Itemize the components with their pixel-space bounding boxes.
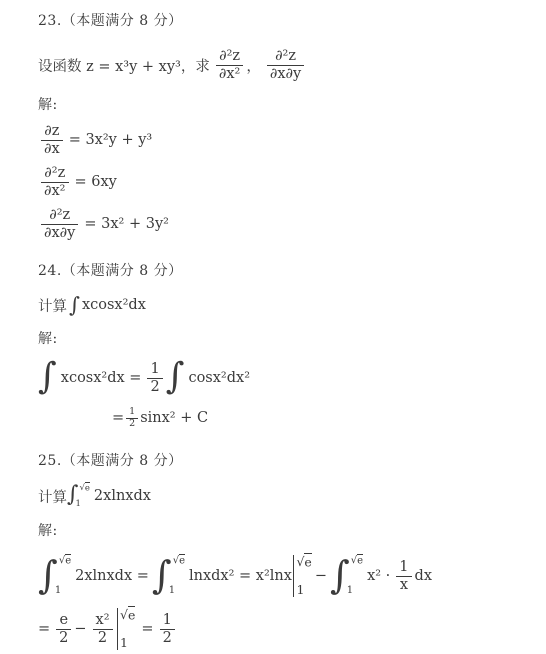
fraction-numerator: 1 bbox=[147, 361, 162, 378]
minus-sign: − bbox=[315, 568, 327, 584]
fraction-numerator: 1 bbox=[160, 612, 175, 629]
fraction-dz-dx: ∂z ∂x bbox=[41, 123, 63, 157]
integral-sign: ∫ bbox=[69, 295, 80, 316]
evaluation-limits: √e 1 bbox=[296, 556, 311, 596]
fraction-one-half: 1 2 bbox=[126, 407, 138, 429]
fraction-d2z-dx2: ∂²z ∂x² bbox=[41, 165, 69, 199]
equation-d2z-dx2: ∂²z ∂x² = 6xy bbox=[38, 161, 546, 203]
fraction-denominator: ∂x² bbox=[216, 65, 244, 83]
problem-25-solution-line-2: = e 2 − x² 2 √e 1 = 1 2 bbox=[38, 605, 546, 653]
fraction-one-half: 1 2 bbox=[147, 361, 162, 395]
fraction-e-over-2: e 2 bbox=[56, 612, 71, 646]
solution-label: 解: bbox=[38, 330, 546, 348]
solution-label: 解: bbox=[38, 522, 546, 540]
integral-limits: √e 1 bbox=[79, 484, 89, 508]
problem-23-statement: 设函数 z = x³y + xy³，求 ∂²z ∂x² ， ∂²z ∂x∂y bbox=[38, 47, 546, 83]
comma: ， bbox=[246, 55, 261, 76]
fraction-d2z-dxdy: ∂²z ∂x∂y bbox=[267, 48, 304, 82]
equals-sign: = bbox=[112, 410, 124, 426]
problem-25-solution-line-1: ∫ √e 1 2xlnxdx = ∫ √e 1 lnxdx² = x²lnx √… bbox=[38, 547, 546, 605]
fraction-denominator: x bbox=[396, 576, 411, 594]
math-token: cosx²dx² bbox=[188, 370, 250, 386]
statement-text: 设函数 z = x³y + xy³，求 bbox=[38, 55, 210, 76]
vertical-bar bbox=[117, 608, 119, 650]
math-token: x² · bbox=[367, 568, 390, 584]
statement-text: 计算 bbox=[38, 295, 67, 316]
statement-text: 计算 bbox=[38, 486, 67, 507]
fraction-numerator: x² bbox=[93, 612, 113, 629]
integral-sign: ∫ bbox=[166, 362, 185, 394]
fraction-denominator: ∂x² bbox=[41, 182, 69, 200]
problem-23-header: 23.（本题满分 8 分） bbox=[38, 12, 546, 30]
fraction-d2z-dxdy: ∂²z ∂x∂y bbox=[41, 207, 78, 241]
document-page: 23.（本题满分 8 分） 设函数 z = x³y + xy³，求 ∂²z ∂x… bbox=[0, 0, 546, 653]
problem-25-header: 25.（本题满分 8 分） bbox=[38, 452, 546, 470]
lower-limit: 1 bbox=[75, 500, 80, 509]
lower-limit: 1 bbox=[169, 586, 175, 596]
math-token: xcosx²dx = bbox=[61, 370, 142, 386]
upper-limit-sqrt-e: √e bbox=[79, 484, 89, 493]
minus-sign: − bbox=[74, 621, 86, 637]
definite-integral-sign: ∫ √e 1 bbox=[330, 556, 363, 596]
integrand: xcosx²dx bbox=[82, 297, 146, 313]
fraction-denominator: 2 bbox=[93, 629, 113, 647]
equation-rhs: = 3x² + 3y² bbox=[84, 216, 169, 232]
lower-limit: 1 bbox=[120, 637, 135, 650]
math-token: dx bbox=[415, 568, 432, 584]
math-token: lnxdx² = x²lnx bbox=[189, 568, 292, 584]
integral-sign: ∫ bbox=[38, 362, 57, 394]
problem-24-solution-line-2: = 1 2 sinx² + C bbox=[112, 401, 546, 435]
upper-limit-sqrt-e: √e bbox=[120, 609, 135, 622]
upper-limit-sqrt-e: √e bbox=[351, 556, 363, 566]
fraction-denominator: ∂x∂y bbox=[41, 224, 78, 242]
fraction-denominator: ∂x∂y bbox=[267, 65, 304, 83]
evaluation-limits: √e 1 bbox=[120, 609, 135, 649]
lower-limit: 1 bbox=[55, 586, 61, 596]
definite-integral-sign: ∫ √e 1 bbox=[152, 556, 185, 596]
equals-sign: = bbox=[38, 621, 50, 637]
solution-label: 解: bbox=[38, 96, 546, 114]
fraction-denominator: ∂x bbox=[41, 140, 63, 158]
upper-limit-sqrt-e: √e bbox=[59, 556, 71, 566]
equals-sign: = bbox=[141, 621, 153, 637]
integral-limits: √e 1 bbox=[173, 556, 185, 596]
definite-integral-sign: ∫ √e 1 bbox=[38, 556, 71, 596]
fraction-numerator: 1 bbox=[126, 407, 138, 417]
fraction-numerator: ∂z bbox=[41, 123, 63, 140]
fraction-numerator: ∂²z bbox=[41, 207, 78, 224]
fraction-denominator: 2 bbox=[147, 378, 162, 396]
math-token: 2xlnxdx = bbox=[75, 568, 149, 584]
upper-limit-sqrt-e: √e bbox=[173, 556, 185, 566]
equation-rhs: = 6xy bbox=[75, 174, 117, 190]
equation-rhs: = 3x²y + y³ bbox=[69, 132, 153, 148]
fraction-one-over-x: 1 x bbox=[396, 559, 411, 593]
definite-integral-sign: ∫ √e 1 bbox=[67, 484, 90, 508]
fraction-numerator: ∂²z bbox=[216, 48, 244, 65]
vertical-bar bbox=[293, 555, 295, 597]
problem-24-statement: 计算 ∫ xcosx²dx bbox=[38, 293, 546, 317]
evaluation-bar: √e 1 bbox=[117, 608, 136, 650]
equation-d2z-dxdy: ∂²z ∂x∂y = 3x² + 3y² bbox=[38, 203, 546, 245]
integral-limits: √e 1 bbox=[351, 556, 363, 596]
lower-limit: 1 bbox=[296, 584, 311, 597]
fraction-x2-over-2: x² 2 bbox=[93, 612, 113, 646]
upper-limit-sqrt-e: √e bbox=[296, 556, 311, 569]
integrand: 2xlnxdx bbox=[94, 488, 151, 504]
fraction-numerator: 1 bbox=[396, 559, 411, 576]
problem-25-statement: 计算 ∫ √e 1 2xlnxdx bbox=[38, 479, 546, 513]
evaluation-bar: √e 1 bbox=[293, 555, 312, 597]
integral-limits: √e 1 bbox=[59, 556, 71, 596]
fraction-denominator: 2 bbox=[126, 418, 138, 429]
equation-dz-dx: ∂z ∂x = 3x²y + y³ bbox=[38, 119, 546, 161]
fraction-numerator: ∂²z bbox=[267, 48, 304, 65]
fraction-denominator: 2 bbox=[56, 629, 71, 647]
lower-limit: 1 bbox=[347, 586, 353, 596]
fraction-numerator: ∂²z bbox=[41, 165, 69, 182]
problem-24-header: 24.（本题满分 8 分） bbox=[38, 262, 546, 280]
fraction-one-half: 1 2 bbox=[160, 612, 175, 646]
fraction-numerator: e bbox=[56, 612, 71, 629]
math-token: sinx² + C bbox=[140, 410, 208, 426]
fraction-denominator: 2 bbox=[160, 629, 175, 647]
fraction-d2z-dx2: ∂²z ∂x² bbox=[216, 48, 244, 82]
problem-24-solution-line-1: ∫ xcosx²dx = 1 2 ∫ cosx²dx² bbox=[38, 355, 546, 401]
